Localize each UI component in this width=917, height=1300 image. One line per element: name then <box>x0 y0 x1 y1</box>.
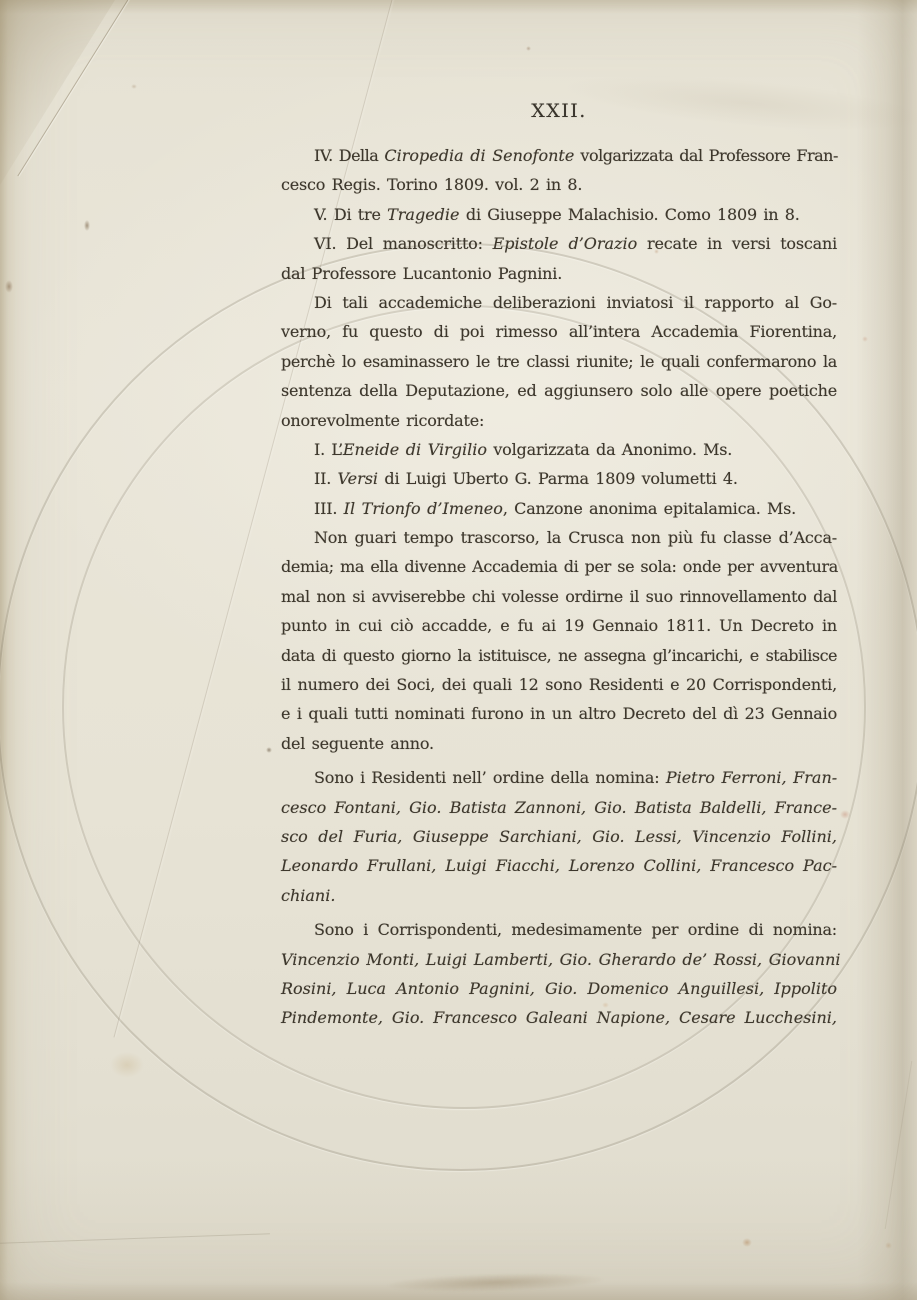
text-line: mal non si avviserebbe chi volesse ordir… <box>281 582 837 611</box>
paper-crease-right <box>885 1061 913 1229</box>
roman-text: II. <box>314 469 338 488</box>
text-line: V. Di tre Tragedie di Giuseppe Malachisi… <box>281 200 837 229</box>
italic-text: Pindemonte, Gio. Francesco Galeani Napio… <box>281 1008 837 1027</box>
roman-text: recate in versi toscani <box>637 234 837 253</box>
text-line: Non guari tempo trascorso, la Crusca non… <box>281 523 837 552</box>
italic-text: cesco Fontani, Gio. Batista Zannoni, Gio… <box>281 798 837 817</box>
italic-text: Versi <box>338 469 379 488</box>
roman-text: Di tali accademiche deliberazioni inviat… <box>314 293 837 312</box>
roman-text: Sono i Corrispondenti, medesimamente per… <box>314 920 837 939</box>
text-line: Vincenzio Monti, Luigi Lamberti, Gio. Gh… <box>281 945 837 974</box>
italic-text: Il Trionfo d’Imeneo <box>344 499 503 518</box>
foxing-spot <box>526 46 531 51</box>
roman-text: I. L’ <box>314 440 343 459</box>
italic-text: Tragedie <box>387 205 459 224</box>
roman-text: e i quali tutti nominati furono in un al… <box>281 704 837 723</box>
bottom-smudge <box>388 1271 603 1294</box>
foxing-spot <box>131 84 137 89</box>
roman-text: Non guari tempo trascorso, la Crusca non… <box>314 528 837 547</box>
foxing-spot <box>742 1238 752 1247</box>
text-line: Di tali accademiche deliberazioni inviat… <box>281 288 837 317</box>
roman-text: IV. Della <box>314 146 384 165</box>
roman-text: cesco Regis. Torino 1809. vol. 2 in 8. <box>281 175 582 194</box>
text-line: punto in cui ciò accadde, e fu ai 19 Gen… <box>281 611 837 640</box>
ink-speck <box>266 747 272 753</box>
text-line: verno, fu questo di poi rimesso all’inte… <box>281 317 837 346</box>
text-line: onorevolmente ricordate: <box>281 406 837 435</box>
roman-text: punto in cui ciò accadde, e fu ai 19 Gen… <box>281 616 837 635</box>
roman-text: di Giuseppe Malachisio. Como 1809 in 8. <box>460 205 800 224</box>
text-line: il numero dei Soci, dei quali 12 sono Re… <box>281 670 837 699</box>
roman-text: dal Professore Lucantonio Pagnini. <box>281 264 562 283</box>
page-number: XXII. <box>281 100 837 122</box>
italic-text: Pietro Ferroni, Fran- <box>666 768 837 787</box>
roman-text: V. Di tre <box>314 205 387 224</box>
italic-text: sco del Furia, Giuseppe Sarchiani, Gio. … <box>281 827 837 846</box>
text-line: Sono i Corrispondenti, medesimamente per… <box>281 915 837 944</box>
paper-edge-top <box>0 0 917 14</box>
italic-text: Ciropedia di Senofonte <box>384 146 574 165</box>
text-line: VI. Del manoscritto: Epistole d’Orazio r… <box>281 229 837 258</box>
roman-text: volgarizzata dal Professore Fran- <box>574 146 838 165</box>
text-line: dal Professore Lucantonio Pagnini. <box>281 259 837 288</box>
roman-text: Sono i Residenti nell’ ordine della nomi… <box>314 768 666 787</box>
italic-text: Vincenzio Monti, Luigi Lamberti, Gio. Gh… <box>281 950 841 969</box>
italic-text: Rosini, Luca Antonio Pagnini, Gio. Domen… <box>281 979 837 998</box>
text-line: Sono i Residenti nell’ ordine della nomi… <box>281 763 837 792</box>
text-line: e i quali tutti nominati furono in un al… <box>281 699 837 728</box>
roman-text: il numero dei Soci, dei quali 12 sono Re… <box>281 675 837 694</box>
corner-fold-shading <box>0 0 130 200</box>
roman-text: data di questo giorno la istituisce, ne … <box>281 646 837 665</box>
text-line: Rosini, Luca Antonio Pagnini, Gio. Domen… <box>281 974 837 1003</box>
ink-fleck <box>84 220 90 231</box>
text-line: II. Versi di Luigi Uberto G. Parma 1809 … <box>281 464 837 493</box>
roman-text: , Canzone anonima epitalamica. Ms. <box>503 499 796 518</box>
edge-stain <box>5 280 13 293</box>
text-line: III. Il Trionfo d’Imeneo, Canzone anonim… <box>281 494 837 523</box>
text-line: Leonardo Frullani, Luigi Fiacchi, Lorenz… <box>281 851 837 880</box>
roman-text: del seguente anno. <box>281 734 434 753</box>
text-line: cesco Regis. Torino 1809. vol. 2 in 8. <box>281 170 837 199</box>
text-line: chiani. <box>281 881 837 910</box>
italic-text: Epistole d’Orazio <box>493 234 638 253</box>
corner-fold-crease <box>17 0 132 176</box>
text-line: del seguente anno. <box>281 729 837 758</box>
text-line: perchè lo esaminassero le tre classi riu… <box>281 347 837 376</box>
italic-text: Leonardo Frullani, Luigi Fiacchi, Lorenz… <box>281 856 837 875</box>
italic-text: Eneide di Virgilio <box>343 440 487 459</box>
text-line: I. L’Eneide di Virgilio volgarizzata da … <box>281 435 837 464</box>
paper-edge-right <box>857 0 917 1300</box>
italic-text: chiani. <box>281 886 335 905</box>
roman-text: verno, fu questo di poi rimesso all’inte… <box>281 322 837 341</box>
paper-bottom-tone <box>0 1160 917 1300</box>
paper-crease-bottom-left <box>0 1233 270 1243</box>
scanned-book-page: XXII. IV. Della Ciropedia di Senofonte v… <box>0 0 917 1300</box>
roman-text: volgarizzata da Anonimo. Ms. <box>487 440 732 459</box>
text-line: sco del Furia, Giuseppe Sarchiani, Gio. … <box>281 822 837 851</box>
roman-text: demia; ma ella divenne Accademia di per … <box>281 557 838 576</box>
roman-text: VI. Del manoscritto: <box>314 234 493 253</box>
foxing-spot <box>885 1242 892 1249</box>
text-lines: IV. Della Ciropedia di Senofonte volgari… <box>281 141 837 1033</box>
text-line: data di questo giorno la istituisce, ne … <box>281 641 837 670</box>
roman-text: sentenza della Deputazione, ed aggiunser… <box>281 381 837 400</box>
text-line: Pindemonte, Gio. Francesco Galeani Napio… <box>281 1003 837 1032</box>
text-line: sentenza della Deputazione, ed aggiunser… <box>281 376 837 405</box>
roman-text: perchè lo esaminassero le tre classi riu… <box>281 352 837 371</box>
roman-text: di Luigi Uberto G. Parma 1809 volumetti … <box>378 469 738 488</box>
foxing-spot <box>840 810 850 819</box>
foxing-spot <box>862 336 868 342</box>
paper-edge-bottom <box>0 1282 917 1300</box>
roman-text: onorevolmente ricordate: <box>281 411 484 430</box>
text-line: demia; ma ella divenne Accademia di per … <box>281 552 837 581</box>
roman-text: III. <box>314 499 344 518</box>
paper-edge-left <box>0 0 30 1300</box>
roman-text: mal non si avviserebbe chi volesse ordir… <box>281 587 837 606</box>
text-line: IV. Della Ciropedia di Senofonte volgari… <box>281 141 837 170</box>
foxing-stain <box>110 1052 144 1078</box>
text-line: cesco Fontani, Gio. Batista Zannoni, Gio… <box>281 793 837 822</box>
